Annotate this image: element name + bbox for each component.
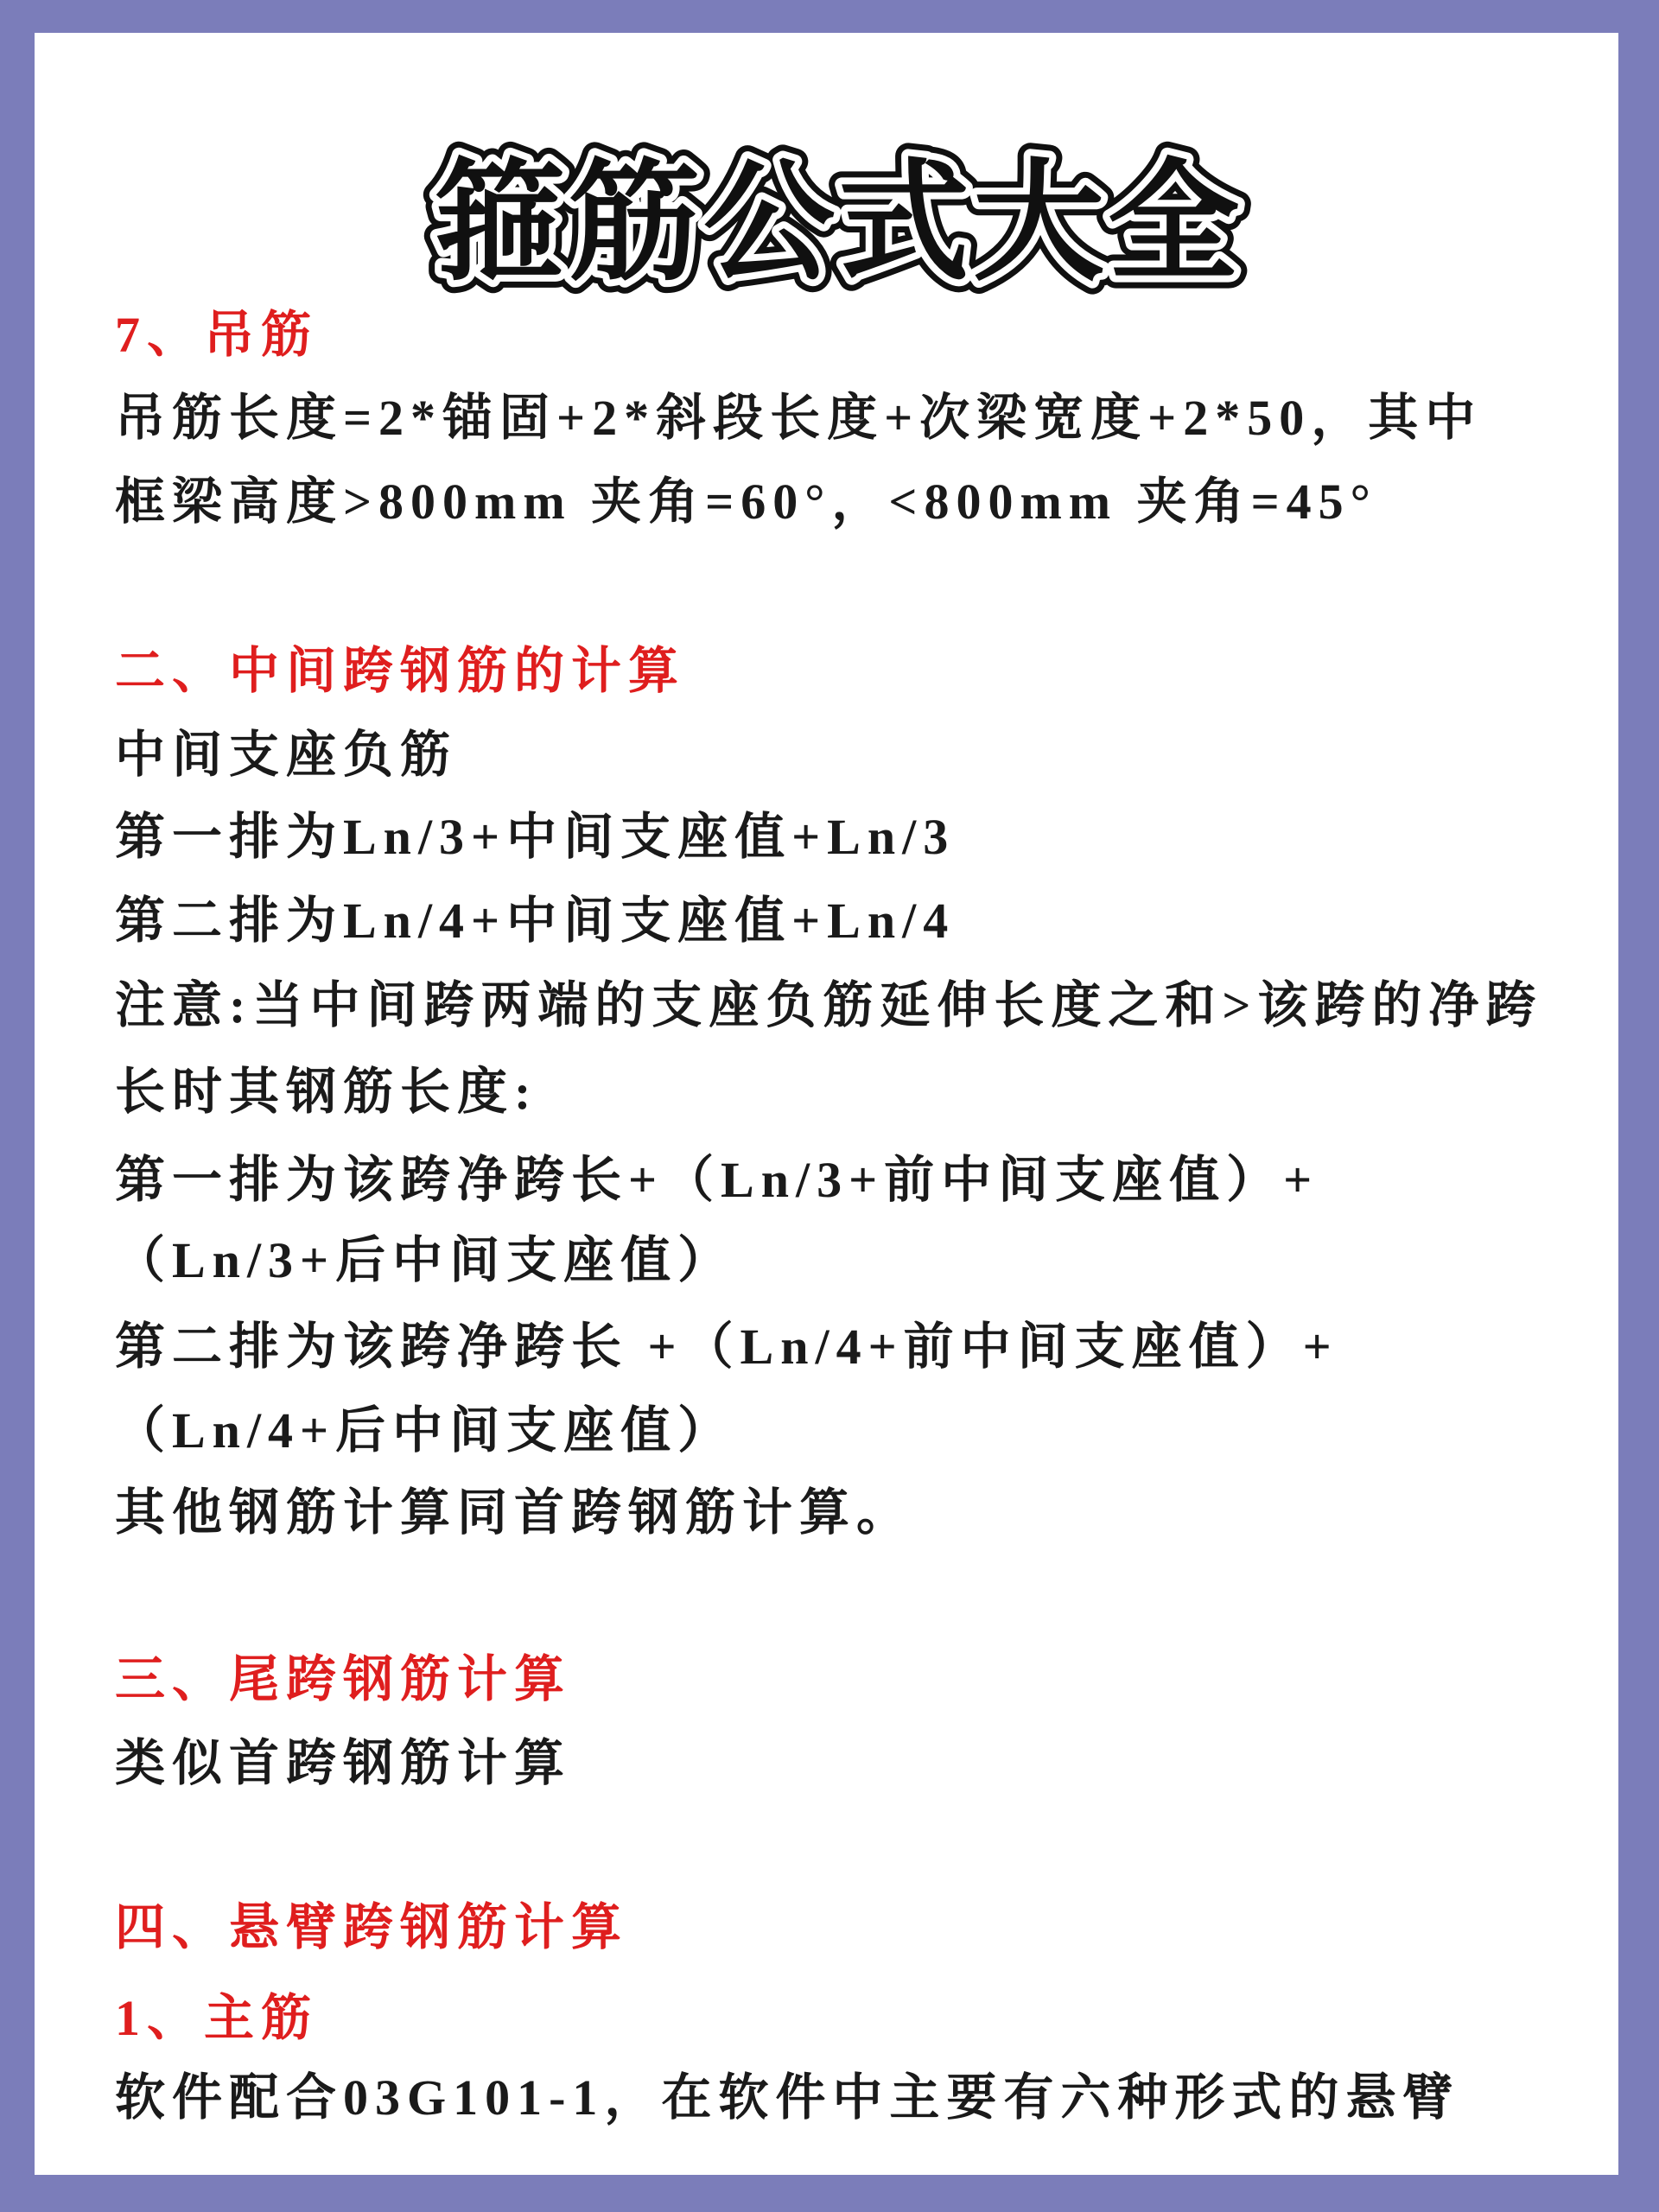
body-line: （Ln/4+后中间支座值） [115, 1389, 734, 1462]
subsection-heading-main-bars: 1、主筋 [115, 1977, 318, 2050]
body-line: 中间支座负筋 [115, 714, 457, 786]
main-title-text: 箍筋公式大全 [434, 149, 1243, 296]
main-title: 箍筋公式大全 箍筋公式大全 箍筋公式大全 [0, 105, 1659, 321]
body-line: 第一排为该跨净跨长+（Ln/3+前中间支座值）+ [115, 1139, 1319, 1211]
body-line: 第一排为Ln/3+中间支座值+Ln/3 [115, 796, 955, 868]
body-line: 类似首跨钢筋计算 [115, 1722, 571, 1795]
section-heading-diaojin: 7、吊筋 [115, 294, 318, 366]
body-line: （Ln/3+后中间支座值） [115, 1219, 734, 1292]
body-line: 第二排为该跨净跨长 +（Ln/4+前中间支座值）+ [115, 1306, 1338, 1378]
section-heading-middle-span: 二、中间跨钢筋的计算 [115, 630, 685, 702]
body-line: 框梁高度>800mm 夹角=60°，<800mm 夹角=45° [115, 461, 1377, 533]
section-heading-end-span: 三、尾跨钢筋计算 [115, 1638, 571, 1711]
body-line: 注意:当中间跨两端的支座负筋延伸长度之和>该跨的净跨 [115, 964, 1542, 1037]
body-line: 其他钢筋计算同首跨钢筋计算。 [115, 1471, 913, 1544]
body-line: 第二排为Ln/4+中间支座值+Ln/4 [115, 880, 955, 952]
body-line: 长时其钢筋长度: [115, 1051, 537, 1123]
document-page: 箍筋公式大全 箍筋公式大全 箍筋公式大全 7、吊筋 吊筋长度=2*锚固+2*斜段… [0, 0, 1659, 2212]
body-line: 软件配合03G101-1，在软件中主要有六种形式的悬臂 [115, 2056, 1459, 2129]
body-line: 吊筋长度=2*锚固+2*斜段长度+次梁宽度+2*50，其中 [115, 377, 1482, 449]
section-heading-cantilever: 四、悬臂跨钢筋计算 [115, 1886, 628, 1959]
